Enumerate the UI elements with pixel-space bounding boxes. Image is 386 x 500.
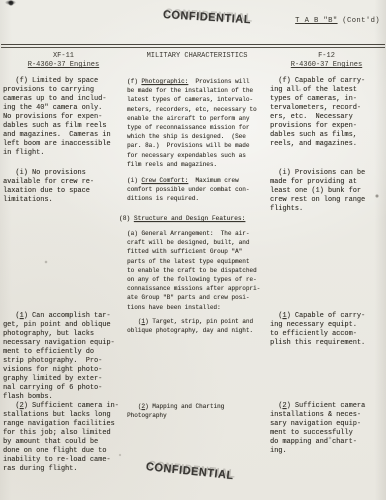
text-run: (i): [127, 177, 141, 184]
table-row-f: (f) Limited by space provisions to carry…: [0, 77, 386, 169]
para-2-xf11: (2) Sufficient camera in- stallations bu…: [3, 402, 124, 474]
text-run-underlined: Photographic:: [141, 78, 188, 85]
page-header: CONFIDENTIAL T A B "B" (Cont'd): [0, 0, 386, 44]
column-header-xf11: XF-11 R-4360-37 Engines: [3, 52, 124, 70]
table-cell-empty: [3, 214, 124, 229]
text-run: (: [270, 402, 282, 410]
table-cell-empty: [3, 229, 124, 312]
para-f-xf11: (f) Limited by space provisions to carry…: [3, 77, 124, 158]
text-run-underlined: Crew Comfort:: [141, 177, 188, 184]
text-run: ) Target, strip, pin point and oblique p…: [127, 318, 253, 334]
table-cell: (i) Crew Comfort: Maximum crew comfort p…: [127, 169, 267, 214]
column-header-f12: F-12 R-4360-37 Engines: [270, 52, 383, 70]
double-rule: [1, 44, 385, 48]
para-1-characteristic: (1) Target, strip, pin point and oblique…: [127, 317, 267, 335]
para-1-xf11: (1) Can accomplish tar- get, pin point a…: [3, 312, 124, 402]
aircraft-name: XF-11: [3, 52, 124, 61]
column-header-military-characteristics: MILITARY CHARACTERISTICS: [127, 52, 267, 70]
engine-label: R-4360-37 Engines: [28, 61, 99, 69]
table-cell: (1) Can accomplish tar- get, pin point a…: [3, 312, 124, 402]
table-row-2: (2) Sufficient camera in- stallations bu…: [0, 402, 386, 474]
table-cell-empty: [270, 214, 383, 229]
confidential-stamp-top: CONFIDENTIAL: [163, 9, 252, 26]
column-header-row: XF-11 R-4360-37 Engines MILITARY CHARACT…: [0, 52, 386, 70]
table-cell: (1) Capable of carry- ing necessary equi…: [270, 312, 383, 402]
table-cell: (i) No provisions available for crew re-…: [3, 169, 124, 214]
para-2-f12: (2) Sufficient camera installations & ne…: [270, 402, 383, 456]
para-f-f12: (f) Capable of carry- ing all of the lat…: [270, 77, 383, 149]
tab-contd-label: (Cont'd): [338, 17, 380, 25]
table-row-1: (1) Can accomplish tar- get, pin point a…: [0, 312, 386, 402]
aircraft-name: F-12: [270, 52, 383, 61]
para-i-characteristic: (i) Crew Comfort: Maximum crew comfort p…: [127, 176, 267, 204]
table-cell: (2) Sufficient camera in- stallations bu…: [3, 402, 124, 474]
para-f-characteristic: (f) Photographic: Provisions will be mad…: [127, 77, 267, 169]
para-2-characteristic: (2) Mapping and Charting Photography: [127, 402, 267, 420]
text-run: ) Can accomplish tar- get, pin point and…: [3, 312, 115, 401]
table-row-section-8: (8) Structure and Design Features:: [0, 214, 386, 229]
text-run: (i) No provisions available for crew re-…: [3, 169, 94, 204]
text-run-underlined: Structure and Design Features:: [134, 215, 245, 222]
text-run: (: [3, 402, 20, 410]
text-run: (: [127, 318, 141, 325]
text-run: (f) Limited by space provisions to carry…: [3, 77, 111, 157]
table-row-a: (a) General Arrangement: The air- craft …: [0, 229, 386, 312]
comparison-table: (f) Limited by space provisions to carry…: [0, 77, 386, 474]
text-run: (a) General Arrangement: The air- craft …: [127, 230, 260, 311]
table-cell-empty: [270, 229, 383, 312]
text-run: (i) Provisions can be made for providing…: [270, 169, 365, 213]
text-run: (: [127, 403, 141, 410]
section-title: MILITARY CHARACTERISTICS: [127, 52, 267, 61]
tab-reference: T A B "B" (Cont'd): [295, 17, 380, 25]
table-cell: (a) General Arrangement: The air- craft …: [127, 229, 267, 312]
document-page: CONFIDENTIAL T A B "B" (Cont'd) XF-11 R-…: [0, 0, 386, 500]
table-cell: (f) Capable of carry- ing all of the lat…: [270, 77, 383, 169]
text-run: (8): [119, 215, 134, 222]
table-cell: (f) Limited by space provisions to carry…: [3, 77, 124, 169]
table-cell: (i) Provisions can be made for providing…: [270, 169, 383, 214]
engine-label: R-4360-37 Engines: [291, 61, 362, 69]
para-a-general-arrangement: (a) General Arrangement: The air- craft …: [127, 229, 267, 312]
para-1-f12: (1) Capable of carry- ing necessary equi…: [270, 312, 383, 348]
text-run: ) Sufficient camera in- stallations but …: [3, 402, 119, 473]
text-run: (f) Capable of carry- ing all of the lat…: [270, 77, 365, 148]
para-i-f12: (i) Provisions can be made for providing…: [270, 169, 383, 214]
table-row-i: (i) No provisions available for crew re-…: [0, 169, 386, 214]
tab-label: T A B "B": [295, 17, 337, 25]
para-i-xf11: (i) No provisions available for crew re-…: [3, 169, 124, 205]
heading-structure-design-features: (8) Structure and Design Features:: [119, 214, 267, 223]
table-cell: (f) Photographic: Provisions will be mad…: [127, 77, 267, 169]
table-cell: (1) Target, strip, pin point and oblique…: [127, 312, 267, 402]
text-run: Provisions will be made for the installa…: [127, 78, 257, 168]
table-cell: (2) Sufficient camera installations & ne…: [270, 402, 383, 474]
table-cell: (8) Structure and Design Features:: [127, 214, 267, 229]
text-run: (f): [127, 78, 141, 85]
text-run: (: [3, 312, 20, 320]
text-run: (: [270, 312, 282, 320]
